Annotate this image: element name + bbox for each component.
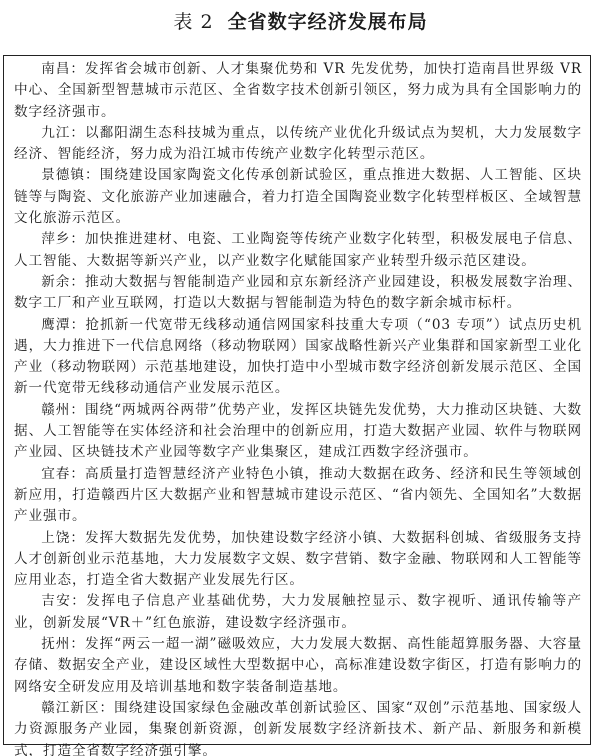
entry-jian: 吉安：发挥电子信息产业基础优势，大力发展触控显示、数字视听、通讯传输等产业，创新… — [14, 591, 582, 634]
layout-table-box: 南昌：发挥省会城市创新、人才集聚优势和 VR 先发优势，加快打造南昌世界级 VR… — [3, 55, 591, 745]
entry-shangrao: 上饶：发挥大数据先发优势，加快建设数字经济小镇、大数据科创城、省级服务支持人才创… — [14, 528, 582, 592]
entry-jingdezhen: 景德镇：围绕建设国家陶瓷文化传承创新试验区，重点推进大数据、人工智能、区块链等与… — [14, 165, 582, 229]
entry-yichun: 宜春：高质量打造智慧经济产业特色小镇，推动大数据在政务、经济和民生等领域创新应用… — [14, 464, 582, 528]
entry-ganjiang-new-area: 赣江新区：围绕建设国家绿色金融改革创新试验区、国家“双创”示范基地、国家级人力资… — [14, 698, 582, 756]
entry-nanchang: 南昌：发挥省会城市创新、人才集聚优势和 VR 先发优势，加快打造南昌世界级 VR… — [14, 59, 582, 123]
table-label: 表 2 — [173, 11, 213, 33]
entry-pingxiang: 萍乡：加快推进建材、电瓷、工业陶瓷等传统产业数字化转型，积极发展电子信息、人工智… — [14, 229, 582, 272]
table-title: 表 2全省数字经济发展布局 — [0, 8, 601, 36]
entry-ganzhou: 赣州：围绕“两城两谷两带”优势产业，发挥区块链先发优势，大力推动区块链、大数据、… — [14, 400, 582, 464]
entry-fuzhou: 抚州：发挥“两云一超一湖”磁吸效应，大力发展大数据、高性能超算服务器、大容量存储… — [14, 634, 582, 698]
entry-xinyu: 新余：推动大数据与智能制造产业园和京东新经济产业园建设，积极发展数字治理、数字工… — [14, 272, 582, 315]
table-title-text: 全省数字经济发展布局 — [228, 11, 428, 33]
entry-yingtan: 鹰潭：抢抓新一代宽带无线移动通信网国家科技重大专项（“03 专项”）试点历史机遇… — [14, 315, 582, 400]
entry-jiujiang: 九江：以鄱阳湖生态科技城为重点，以传统产业优化升级试点为契机，大力发展数字经济、… — [14, 123, 582, 166]
